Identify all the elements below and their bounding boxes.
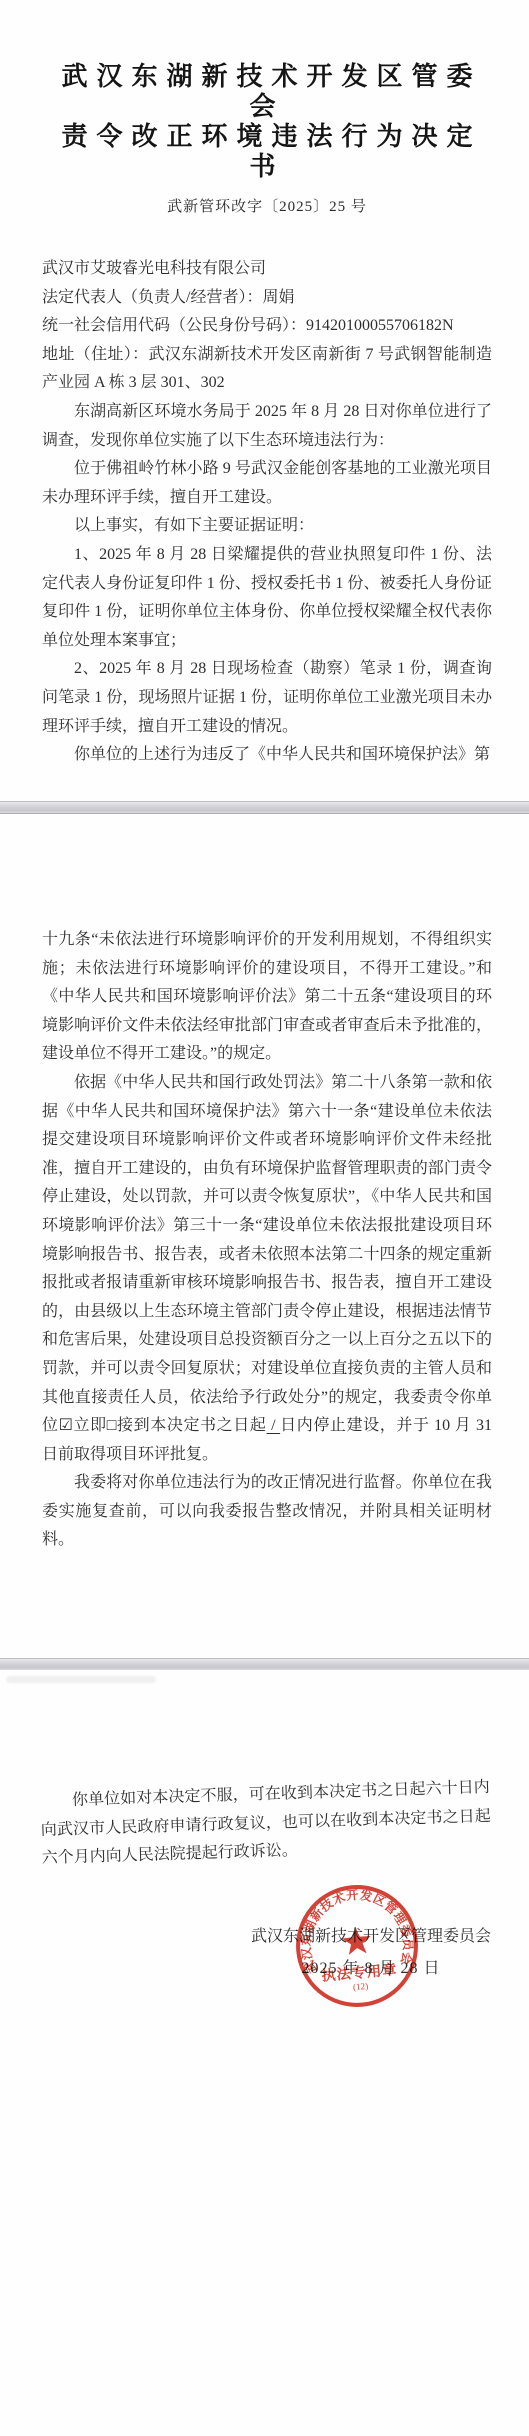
paragraph-law-violated-part1: 你单位的上述行为违反了《中华人民共和国环境保护法》第 [42,741,492,770]
paragraph-evidence-intro: 以上事实，有如下主要证据证明： [42,512,492,541]
page2-body: 十九条“未依法进行环境影响评价的开发利用规划，不得组织实施；未依法进行环境影响评… [42,926,492,1555]
recipient-company: 武汉市艾玻睿光电科技有限公司 [42,255,492,284]
document-title-line2: 责令改正环境违法行为决定书 [42,122,492,182]
paragraph-evidence-2: 2、2025 年 8 月 28 日现场检查（勘察）笔录 1 份，调查询问笔录 1… [42,655,492,741]
recipient-info-block: 武汉市艾玻睿光电科技有限公司 法定代表人（负责人/经营者）：周娟 统一社会信用代… [42,255,492,398]
page3-body: 你单位如对本决定不服，可在收到本决定书之日起六十日内向武汉市人民政府申请行政复议… [40,1774,492,1874]
order-text-before: 依据《中华人民共和国行政处罚法》第二十八条第一款和依据《中华人民共和国环境保护法… [42,1074,492,1434]
document-page-1: 武汉东湖新技术开发区管委会 责令改正环境违法行为决定书 武新管环改字〔2025〕… [0,0,529,801]
document-page-2: 十九条“未依法进行环境影响评价的开发利用规划，不得组织实施；未依法进行环境影响评… [0,814,529,1658]
page-separator-1 [0,801,529,814]
document-number: 武新管环改字〔2025〕25 号 [42,195,492,216]
scan-artifact [6,1676,156,1683]
scanned-decision-document: 武汉东湖新技术开发区管委会 责令改正环境违法行为决定书 武新管环改字〔2025〕… [0,0,529,2436]
paragraph-evidence-1: 1、2025 年 8 月 28 日梁耀提供的营业执照复印件 1 份、法定代表人身… [42,541,492,655]
star-icon [341,1926,372,1956]
official-seal: 武汉东湖新技术开发区管理委员会 执法专用章 (12) [287,1876,428,2017]
order-blank-slash: / [266,1417,280,1434]
document-page-3: 你单位如对本决定不服，可在收到本决定书之日起六十日内向武汉市人民政府申请行政复议… [0,1670,529,2436]
paragraph-investigation: 东湖高新区环境水务局于 2025 年 8 月 28 日对你单位进行了调查，发现你… [42,398,492,455]
paragraph-violation: 位于佛祖岭竹林小路 9 号武汉金能创客基地的工业激光项目未办理环评手续，擅自开工… [42,455,492,512]
paragraph-order: 依据《中华人民共和国行政处罚法》第二十八条第一款和依据《中华人民共和国环境保护法… [42,1069,492,1469]
page1-body: 东湖高新区环境水务局于 2025 年 8 月 28 日对你单位进行了调查，发现你… [42,398,492,770]
document-title-line1: 武汉东湖新技术开发区管委会 [42,62,492,122]
recipient-address: 地址（住址）：武汉东湖新技术开发区南新街 7 号武钢智能制造产业园 A 栋 3 … [42,341,492,398]
paragraph-supervision: 我委将对你单位违法行为的改正情况进行监督。你单位在我委实施复查前，可以向我委报告… [42,1469,492,1555]
legal-representative: 法定代表人（负责人/经营者）：周娟 [42,284,492,313]
paragraph-law-violated-part2: 十九条“未依法进行环境影响评价的开发利用规划，不得组织实施；未依法进行环境影响评… [42,926,492,1069]
seal-number: (12) [353,1981,369,1992]
credit-code: 统一社会信用代码（公民身份号码）：91420100055706182N [42,312,492,341]
paragraph-appeal-rights: 你单位如对本决定不服，可在收到本决定书之日起六十日内向武汉市人民政府申请行政复议… [40,1774,492,1874]
